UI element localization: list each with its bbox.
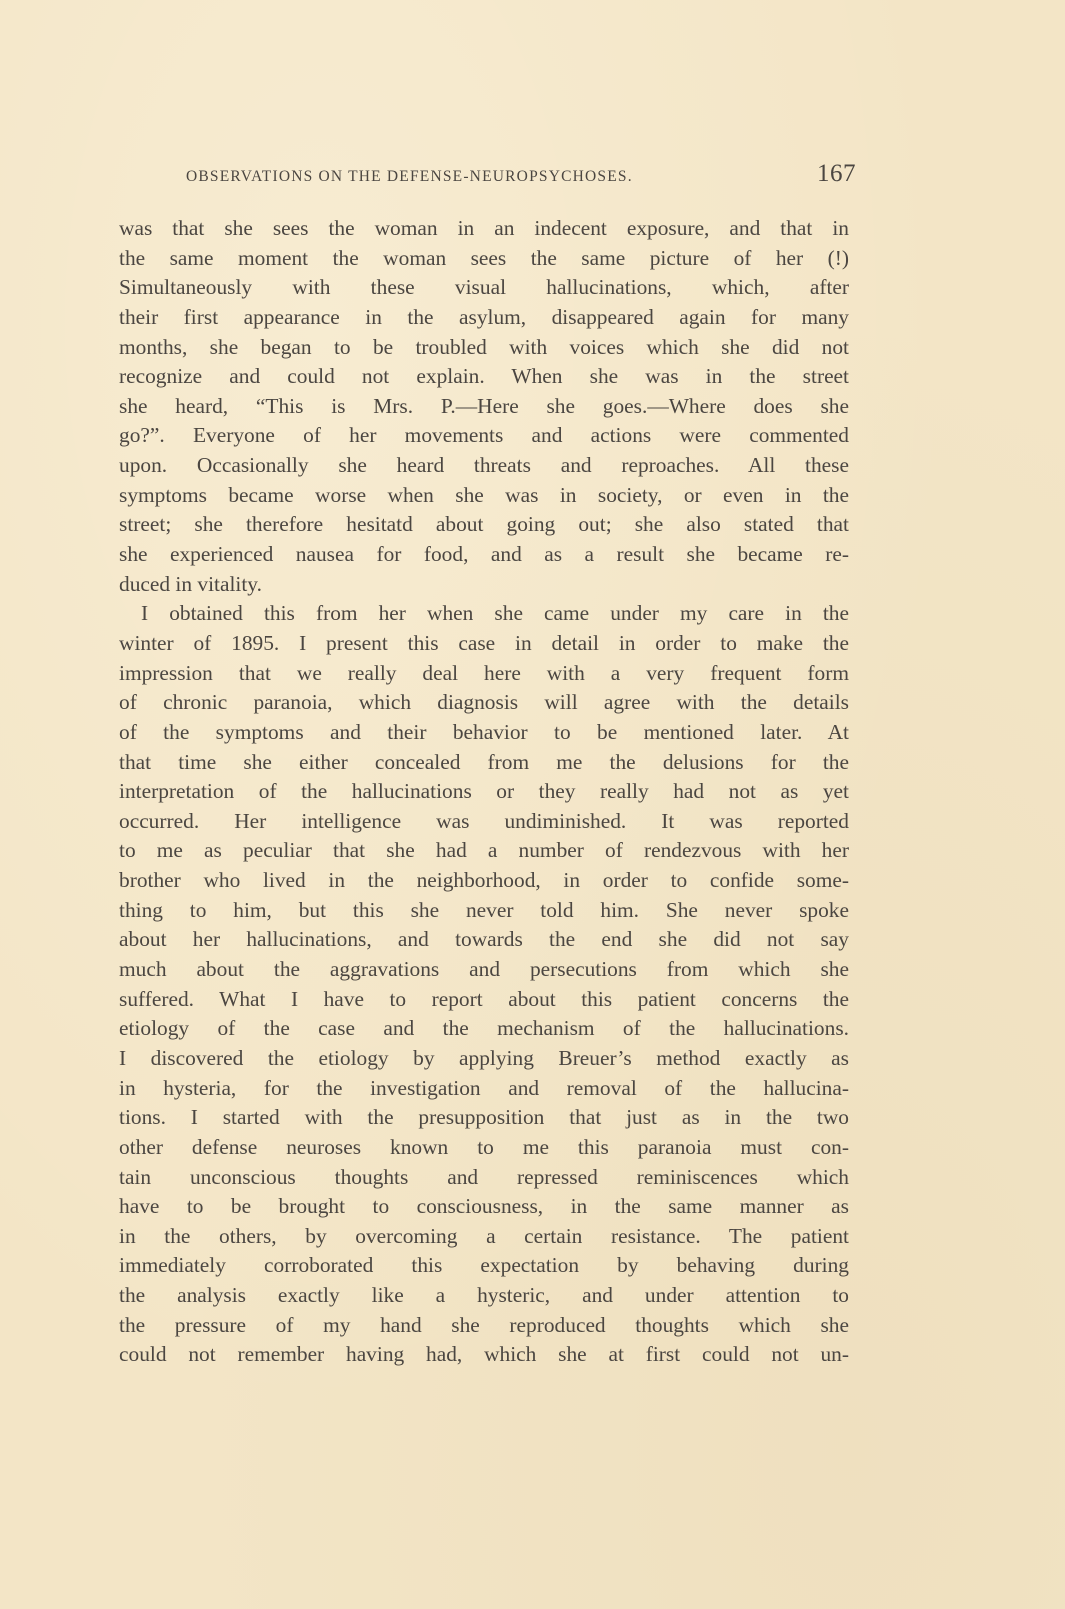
text-line: winter of 1895. I present this case in d… [119, 629, 849, 659]
text-line: in hysteria, for the investigation and r… [119, 1074, 849, 1104]
text-line: go?”. Everyone of her movements and acti… [119, 421, 849, 451]
text-line: suffered. What I have to report about th… [119, 985, 849, 1015]
body-text: was that she sees the woman in an indece… [119, 214, 849, 1370]
running-title: OBSERVATIONS ON THE DEFENSE-NEUROPSYCHOS… [186, 168, 633, 186]
text-line: occurred. Her intelligence was undiminis… [119, 807, 849, 837]
text-line: of chronic paranoia, which diagnosis wil… [119, 688, 849, 718]
text-line: I obtained this from her when she came u… [119, 599, 849, 629]
paragraph-1: was that she sees the woman in an indece… [119, 214, 849, 599]
text-line: thing to him, but this she never told hi… [119, 896, 849, 926]
text-line: upon. Occasionally she heard threats and… [119, 451, 849, 481]
page-number: 167 [817, 160, 856, 188]
text-line: other defense neuroses known to me this … [119, 1133, 849, 1163]
text-line: Simultaneously with these visual halluci… [119, 273, 849, 303]
book-page: OBSERVATIONS ON THE DEFENSE-NEUROPSYCHOS… [0, 0, 1065, 1609]
text-line: tions. I started with the presupposition… [119, 1103, 849, 1133]
text-line: much about the aggravations and persecut… [119, 955, 849, 985]
text-line: symptoms became worse when she was in so… [119, 481, 849, 511]
text-line: impression that we really deal here with… [119, 659, 849, 689]
text-line: the pressure of my hand she reproduced t… [119, 1311, 849, 1341]
text-line: she experienced nausea for food, and as … [119, 540, 849, 570]
text-line: was that she sees the woman in an indece… [119, 214, 849, 244]
paragraph-2: I obtained this from her when she came u… [119, 599, 849, 1370]
running-head: OBSERVATIONS ON THE DEFENSE-NEUROPSYCHOS… [186, 160, 856, 190]
text-line: months, she began to be troubled with vo… [119, 333, 849, 363]
text-line: that time she either concealed from me t… [119, 748, 849, 778]
text-line: interpretation of the hallucinations or … [119, 777, 849, 807]
text-line: the analysis exactly like a hysteric, an… [119, 1281, 849, 1311]
text-line: in the others, by overcoming a certain r… [119, 1222, 849, 1252]
text-line: to me as peculiar that she had a number … [119, 836, 849, 866]
text-line: tain unconscious thoughts and repressed … [119, 1163, 849, 1193]
text-line: etiology of the case and the mechanism o… [119, 1014, 849, 1044]
text-line: could not remember having had, which she… [119, 1340, 849, 1370]
text-line: I discovered the etiology by applying Br… [119, 1044, 849, 1074]
text-line: she heard, “This is Mrs. P.—Here she goe… [119, 392, 849, 422]
text-line: duced in vitality. [119, 570, 849, 600]
text-line: the same moment the woman sees the same … [119, 244, 849, 274]
text-line: their first appearance in the asylum, di… [119, 303, 849, 333]
text-line: of the symptoms and their behavior to be… [119, 718, 849, 748]
text-line: have to be brought to consciousness, in … [119, 1192, 849, 1222]
text-line: street; she therefore hesitatd about goi… [119, 510, 849, 540]
text-line: brother who lived in the neighborhood, i… [119, 866, 849, 896]
text-line: recognize and could not explain. When sh… [119, 362, 849, 392]
text-line: immediately corroborated this expectatio… [119, 1251, 849, 1281]
text-line: about her hallucinations, and towards th… [119, 925, 849, 955]
